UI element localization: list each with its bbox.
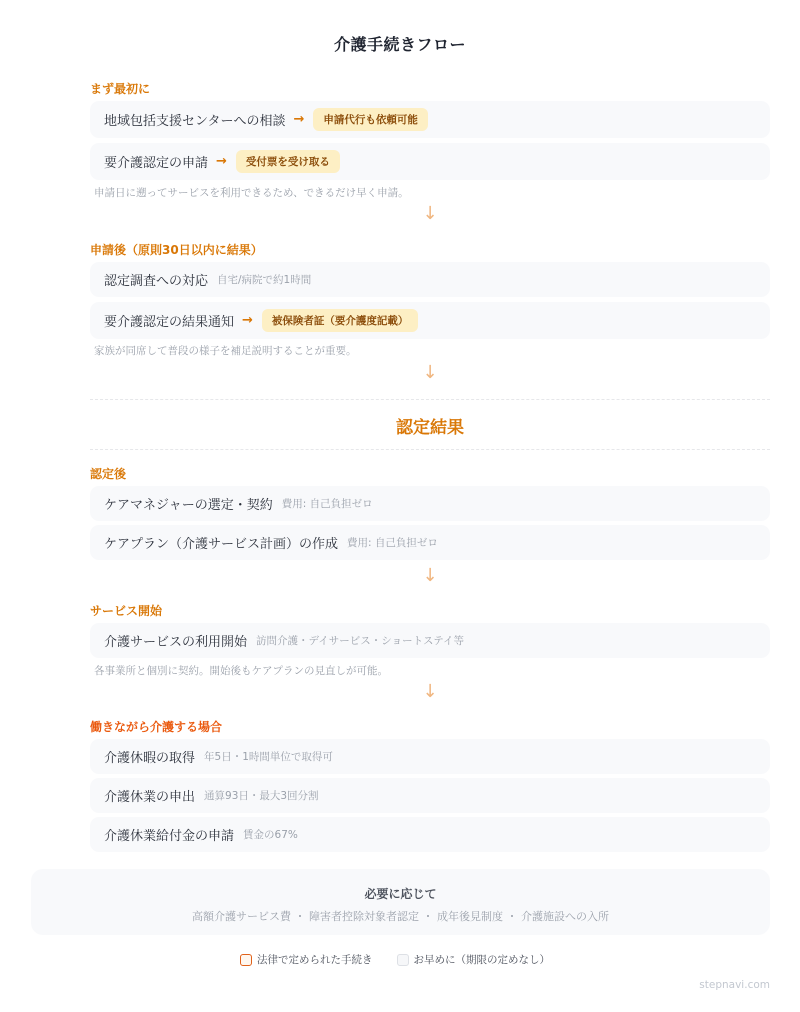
step-card-service-use: 介護サービスの利用開始 訪問介護・デイサービス・ショートステイ等 <box>90 623 770 658</box>
legend-label: お早めに（期限の定めなし） <box>414 952 551 967</box>
outcome-badge: 申請代行も依頼可能 <box>313 108 428 131</box>
legend-item-early: お早めに（期限の定めなし） <box>397 952 551 967</box>
step-title: 介護休業の申出 <box>104 786 195 805</box>
section-note: 申請日に遡ってサービスを利用できるため、できるだけ早く申請。 <box>94 185 409 200</box>
result-heading: 認定結果 <box>0 413 800 438</box>
arrow-right-icon: → <box>216 154 227 169</box>
step-card-survey: 認定調査への対応 自宅/病院で約1時間 <box>90 262 770 297</box>
step-card-result-notice: 要介護認定の結果通知 → 被保険者証（要介護度記載） <box>90 302 770 339</box>
section-note: 各事業所と個別に契約。開始後もケアプランの見直しが可能。 <box>94 663 388 678</box>
step-card-care-manager: ケアマネジャーの選定・契約 費用: 自己負担ゼロ <box>90 486 770 521</box>
step-title: 介護サービスの利用開始 <box>104 631 247 650</box>
legend-item-legal: 法律で定められた手続き <box>240 952 373 967</box>
step-detail: 賃金の67% <box>243 827 298 842</box>
legal-swatch-icon <box>240 954 252 966</box>
arrow-down-icon: ↓ <box>420 205 440 223</box>
arrow-down-icon: ↓ <box>420 364 440 382</box>
section-label-first: まず最初に <box>90 80 150 97</box>
step-detail: 通算93日・最大3回分割 <box>204 788 319 803</box>
section-label-service-start: サービス開始 <box>90 602 162 619</box>
arrow-down-icon: ↓ <box>420 683 440 701</box>
step-detail: 自宅/病院で約1時間 <box>217 272 311 287</box>
arrow-right-icon: → <box>293 112 304 127</box>
section-label-after-cert: 認定後 <box>90 465 126 482</box>
step-title: 地域包括支援センターへの相談 <box>104 110 285 129</box>
brand-watermark: stepnavi.com <box>699 979 770 991</box>
optional-procedures-box: 必要に応じて 高額介護サービス費 ・ 障害者控除対象者認定 ・ 成年後見制度 ・… <box>31 869 770 935</box>
step-card-application: 要介護認定の申請 → 受付票を受け取る <box>90 143 770 180</box>
step-card-care-leave-day: 介護休暇の取得 年5日・1時間単位で取得可 <box>90 739 770 774</box>
legend-label: 法律で定められた手続き <box>257 952 373 967</box>
step-title: 介護休業給付金の申請 <box>104 825 234 844</box>
step-title: ケアプラン（介護サービス計画）の作成 <box>104 533 338 552</box>
step-title: 要介護認定の申請 <box>104 152 208 171</box>
care-procedure-flow: 介護手続きフロー まず最初に 地域包括支援センターへの相談 → 申請代行も依頼可… <box>0 0 800 1012</box>
divider <box>90 399 770 400</box>
divider <box>90 449 770 450</box>
step-title: 介護休暇の取得 <box>104 747 195 766</box>
legend: 法律で定められた手続き お早めに（期限の定めなし） <box>240 952 574 967</box>
optional-heading: 必要に応じて <box>31 885 770 902</box>
step-title: ケアマネジャーの選定・契約 <box>104 494 273 513</box>
step-card-leave-benefit: 介護休業給付金の申請 賃金の67% <box>90 817 770 852</box>
section-note: 家族が同席して普段の様子を補足説明することが重要。 <box>94 343 357 358</box>
step-title: 要介護認定の結果通知 <box>104 311 234 330</box>
step-card-consultation: 地域包括支援センターへの相談 → 申請代行も依頼可能 <box>90 101 770 138</box>
section-label-after-apply: 申請後（原則30日以内に結果） <box>90 241 263 258</box>
page-title: 介護手続きフロー <box>0 32 800 55</box>
section-label-working: 働きながら介護する場合 <box>90 718 222 735</box>
optional-items: 高額介護サービス費 ・ 障害者控除対象者認定 ・ 成年後見制度 ・ 介護施設への… <box>31 908 770 924</box>
step-card-care-plan: ケアプラン（介護サービス計画）の作成 費用: 自己負担ゼロ <box>90 525 770 560</box>
step-title: 認定調査への対応 <box>104 270 208 289</box>
arrow-down-icon: ↓ <box>420 567 440 585</box>
step-detail: 費用: 自己負担ゼロ <box>282 496 373 511</box>
step-detail: 費用: 自己負担ゼロ <box>347 535 438 550</box>
outcome-badge: 被保険者証（要介護度記載） <box>262 309 419 332</box>
early-swatch-icon <box>397 954 409 966</box>
arrow-right-icon: → <box>242 313 253 328</box>
outcome-badge: 受付票を受け取る <box>236 150 340 173</box>
step-detail: 年5日・1時間単位で取得可 <box>204 749 333 764</box>
step-card-care-leave: 介護休業の申出 通算93日・最大3回分割 <box>90 778 770 813</box>
step-detail: 訪問介護・デイサービス・ショートステイ等 <box>256 633 464 648</box>
